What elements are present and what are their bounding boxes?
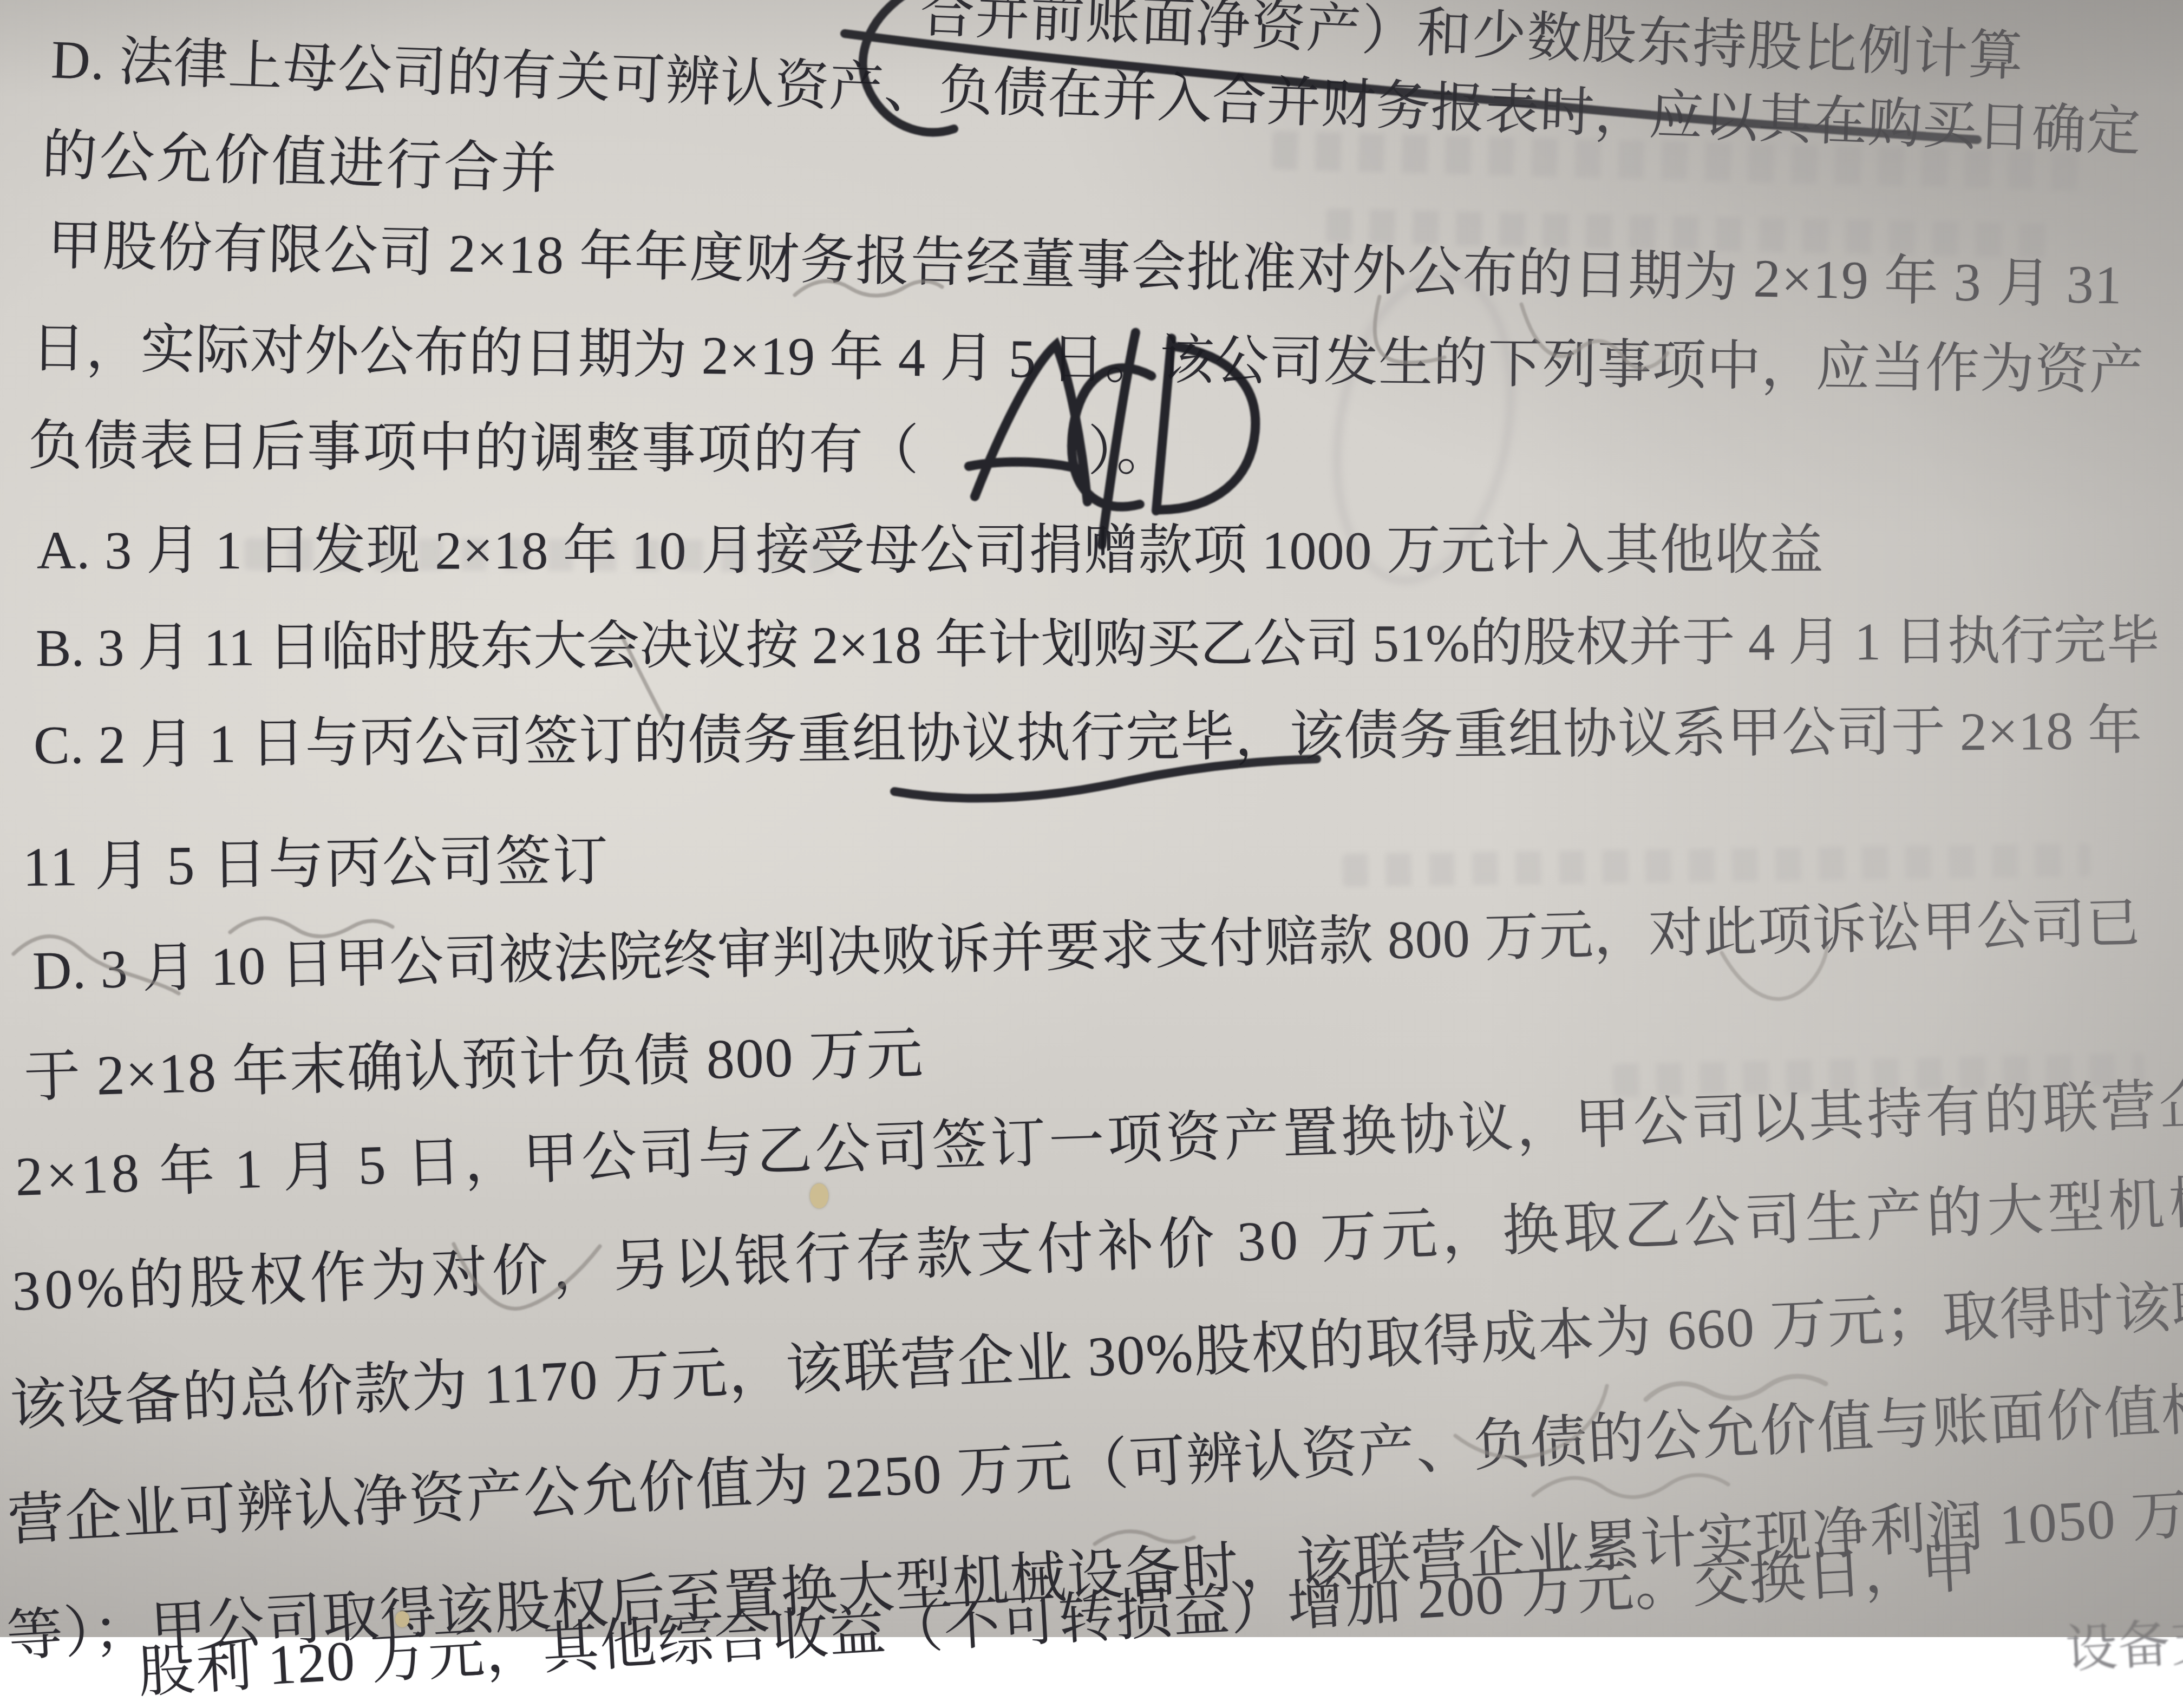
pencil-squiggle	[1521, 304, 1668, 368]
handwritten-answer-acd	[964, 322, 1261, 555]
pencil-squiggle	[795, 281, 942, 296]
pencil-squiggle	[1533, 1475, 1728, 1497]
handwritten-letter-d	[1156, 338, 1171, 511]
pencil-checkmark	[454, 1244, 600, 1308]
pencil-squiggle	[230, 918, 393, 937]
page-content: 合并前账面净资产）和少数股东持股比例计算D. 法律上母公司的有关可辨认资产、负债…	[0, 0, 2183, 1637]
pen-underline-top-line	[845, 34, 1977, 140]
pencil-squiggle	[1375, 297, 1445, 363]
exam-page-photo: 合并前账面净资产）和少数股东持股比例计算D. 法律上母公司的有关可辨认资产、负债…	[0, 0, 2183, 1637]
pencil-squiggle	[1722, 947, 1827, 999]
pencil-squiggle	[624, 640, 665, 721]
handwriting-overlay	[0, 0, 2183, 1637]
handwritten-letter-d	[1159, 346, 1261, 516]
handwritten-letter-c	[1102, 331, 1136, 546]
pencil-squiggle	[1095, 1532, 1194, 1544]
pen-underline-option-c	[894, 759, 1317, 799]
pencil-squiggle	[14, 937, 179, 993]
pencil-wavy-underline-660	[1646, 1376, 1826, 1399]
pen-curve-top-left	[863, 0, 954, 132]
pencil-squiggle	[1455, 1386, 1607, 1457]
